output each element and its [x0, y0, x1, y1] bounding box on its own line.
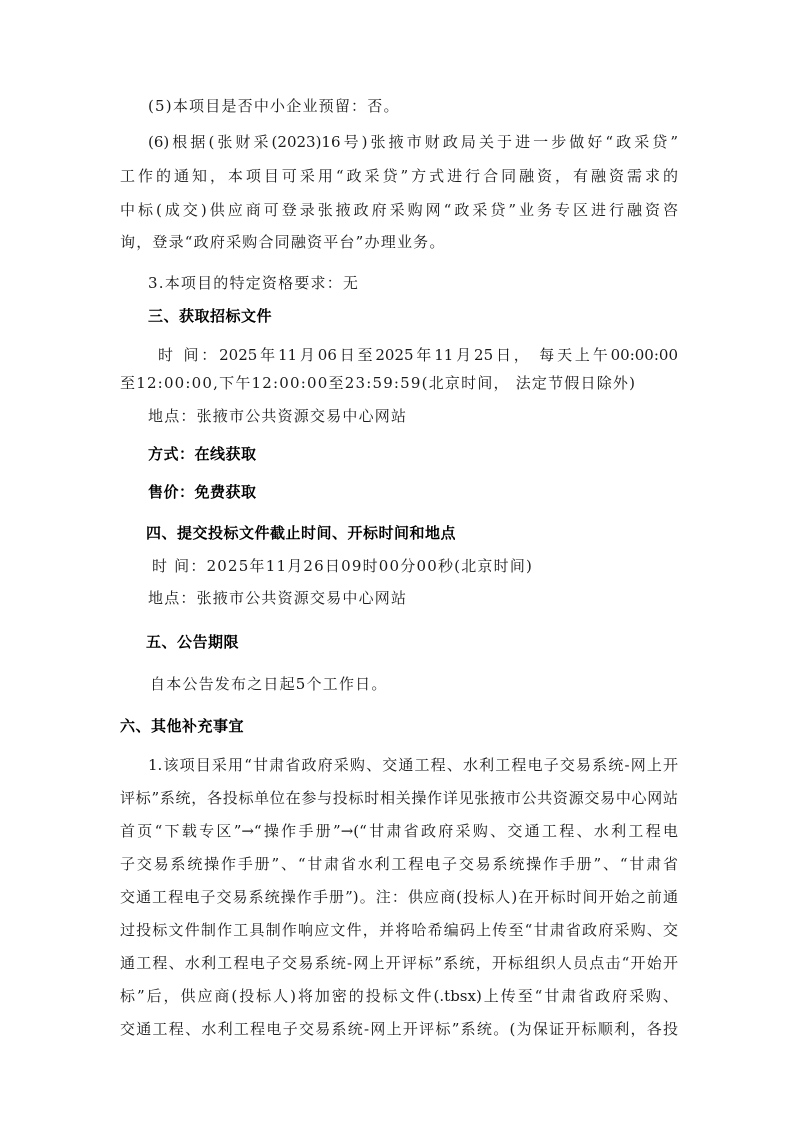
section-6-line-3: 首页“下载专区”→“操作手册”→(“甘肃省政府采购、交通工程、水利工程电	[120, 821, 678, 841]
item-6-line-4: 询，登录“政府采购合同融资平台”办理业务。	[120, 232, 446, 252]
item-6-line-2: 工作的通知，本项目可采用“政采贷”方式进行合同融资，有融资需求的	[120, 166, 678, 186]
section-5-body: 自本公告发布之日起5个工作日。	[150, 674, 388, 694]
section-6-line-9: 交通工程、水利工程电子交易系统-网上开评标”系统。(为保证开标顺利，各投	[120, 1019, 678, 1039]
section-6-heading: 六、其他补充事宜	[120, 716, 244, 736]
section-4-time: 时 间：2025年11月26日09时00分00秒(北京时间)	[152, 556, 533, 576]
section-3-heading: 三、获取招标文件	[148, 306, 272, 326]
section-3-price: 售价：免费获取	[148, 482, 257, 502]
item-6-line-3: 中标(成交)供应商可登录张掖政府采购网“政采贷”业务专区进行融资咨	[120, 200, 678, 220]
item-3-qualifications: 3.本项目的特定资格要求：无	[148, 273, 359, 293]
section-6-line-7: 通工程、水利工程电子交易系统-网上开评标”系统，开标组织人员点击“开始开	[120, 953, 678, 973]
section-3-location: 地点：张掖市公共资源交易中心网站	[148, 406, 407, 426]
section-4-location: 地点：张掖市公共资源交易中心网站	[148, 588, 407, 608]
section-4-heading: 四、提交投标文件截止时间、开标时间和地点	[146, 523, 456, 543]
section-3-time-line-2: 至12:00:00,下午12:00:00至23:59:59(北京时间， 法定节假…	[120, 373, 636, 393]
section-6-line-5: 交通工程电子交易系统操作手册”)。注：供应商(投标人)在开标时间开始之前通	[120, 887, 678, 907]
item-6-line-1: (6)根据(张财采(2023)16号)张掖市财政局关于进一步做好“政采贷”	[148, 132, 678, 152]
section-3-method: 方式：在线获取	[148, 444, 257, 464]
section-6-line-1: 1.该项目采用“甘肃省政府采购、交通工程、水利工程电子交易系统-网上开	[148, 755, 678, 775]
section-3-time-line-1: 时 间：2025年11月06日至2025年11月25日， 每天上午00:00:0…	[158, 345, 678, 365]
section-6-line-6: 过投标文件制作工具制作响应文件，并将哈希编码上传至“甘肃省政府采购、交	[120, 920, 678, 940]
section-6-line-2: 评标”系统，各投标单位在参与投标时相关操作详见张掖市公共资源交易中心网站	[120, 788, 678, 808]
section-6-line-4: 子交易系统操作手册”、“甘肃省水利工程电子交易系统操作手册”、“甘肃省	[120, 854, 678, 874]
section-5-heading: 五、公告期限	[146, 632, 239, 652]
item-5-sme-reserved: (5)本项目是否中小企业预留：否。	[148, 96, 400, 116]
section-6-line-8: 标”后，供应商(投标人)将加密的投标文件(.tbsx)上传至“甘肃省政府采购、	[120, 986, 678, 1006]
